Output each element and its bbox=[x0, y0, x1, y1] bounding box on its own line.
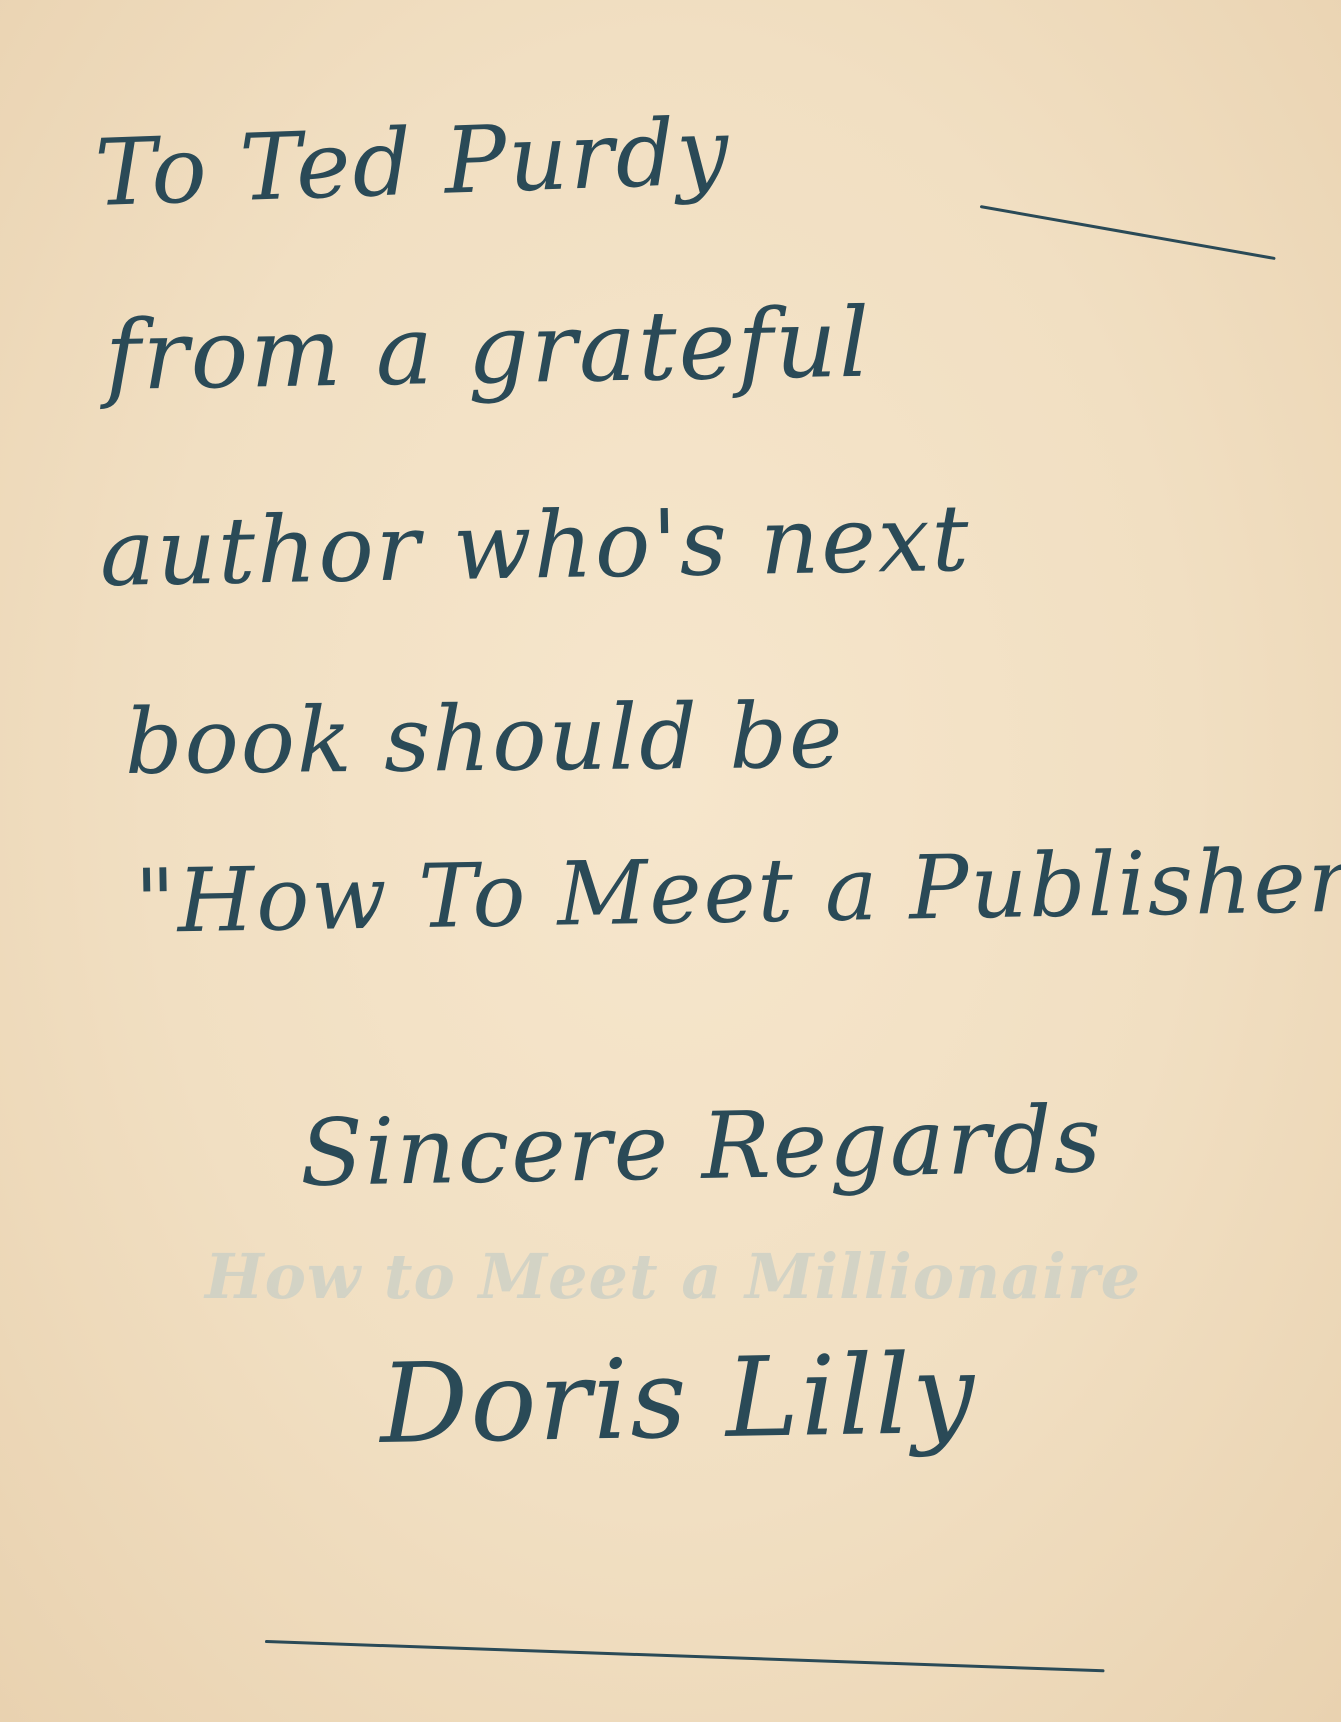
printed-book-title: How to Meet a Millionaire bbox=[205, 1240, 1141, 1313]
signature-underline bbox=[265, 1640, 1105, 1672]
inscription-line-book-title: "How To Meet a Publisher" bbox=[134, 828, 1341, 953]
signature: Doris Lilly bbox=[379, 1330, 977, 1468]
inscription-line-4: book should be bbox=[125, 684, 845, 795]
inscription-line-2: from a grateful bbox=[104, 287, 872, 412]
inscription-line-3: author who's next bbox=[99, 485, 971, 607]
inscription-line-recipient: To Ted Purdy bbox=[93, 98, 732, 227]
book-page: How to Meet a Millionaire To Ted Purdy f… bbox=[0, 0, 1341, 1722]
inscription-closing: Sincere Regards bbox=[299, 1086, 1104, 1207]
flourish-dash bbox=[980, 205, 1276, 260]
